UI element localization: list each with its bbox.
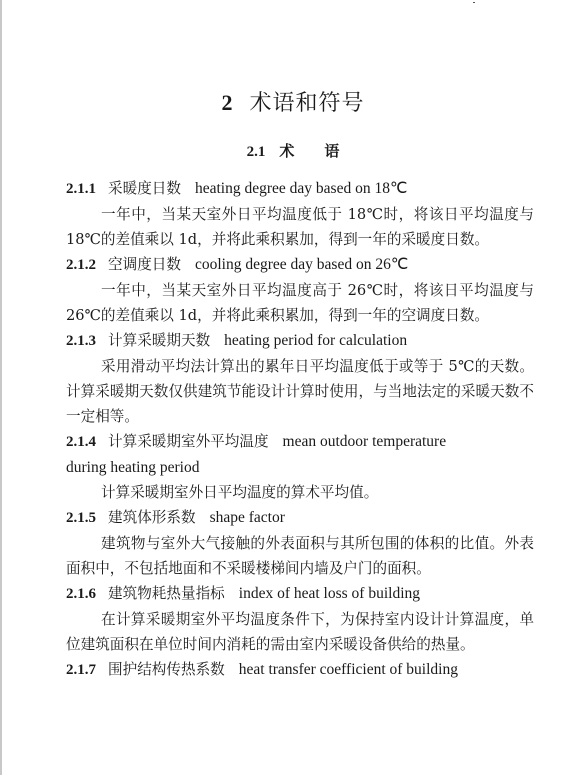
term-english: index of heat loss of building: [239, 585, 420, 602]
term-english-continued: during heating period: [66, 455, 534, 480]
chapter-title: 2术语和符号: [0, 86, 586, 117]
scan-speck: [473, 2, 475, 3]
term-entry-2-1-4: 2.1.4计算采暖期室外平均温度mean outdoor temperature…: [66, 429, 534, 505]
term-english: cooling degree day based on 26℃: [195, 256, 408, 273]
term-definition: 一年中，当某天室外日平均温度高于 26℃时，将该日平均温度与 26℃的差值乘以 …: [66, 278, 534, 328]
term-chinese: 建筑物耗热量指标: [108, 585, 225, 602]
term-number: 2.1.3: [66, 333, 96, 349]
term-number: 2.1.4: [66, 434, 96, 450]
term-number: 2.1.7: [66, 662, 96, 678]
term-chinese: 计算采暖期室外平均温度: [108, 433, 269, 450]
section-title: 2.1术语: [0, 140, 586, 161]
term-number: 2.1.5: [66, 510, 96, 526]
chapter-number: 2: [221, 90, 233, 115]
term-english: heat transfer coefficient of building: [239, 661, 458, 678]
term-heading: 2.1.6建筑物耗热量指标index of heat loss of build…: [66, 581, 534, 607]
term-english: shape factor: [210, 509, 285, 526]
term-entry-2-1-1: 2.1.1采暖度日数heating degree day based on 18…: [66, 176, 534, 252]
term-chinese: 围护结构传热系数: [108, 661, 225, 678]
term-entry-2-1-3: 2.1.3计算采暖期天数heating period for calculati…: [66, 328, 534, 429]
term-definition: 建筑物与室外大气接触的外表面积与其所包围的体积的比值。外表面积中，不包括地面和不…: [66, 531, 534, 581]
term-heading: 2.1.7围护结构传热系数heat transfer coefficient o…: [66, 657, 534, 683]
term-definition: 一年中，当某天室外日平均温度低于 18℃时，将该日平均温度与 18℃的差值乘以 …: [66, 202, 534, 252]
term-heading: 2.1.4计算采暖期室外平均温度mean outdoor temperature: [66, 429, 534, 455]
term-definition: 采用滑动平均法计算出的累年日平均温度低于或等于 5℃的天数。计算采暖期天数仅供建…: [66, 354, 534, 429]
term-chinese: 建筑体形系数: [108, 509, 196, 526]
term-number: 2.1.1: [66, 181, 96, 197]
term-number: 2.1.2: [66, 257, 96, 273]
section-number: 2.1: [247, 144, 266, 160]
chapter-title-text: 术语和符号: [249, 91, 364, 116]
term-entry-2-1-5: 2.1.5建筑体形系数shape factor 建筑物与室外大气接触的外表面积与…: [66, 505, 534, 581]
term-chinese: 采暖度日数: [108, 180, 181, 197]
terms-list: 2.1.1采暖度日数heating degree day based on 18…: [66, 176, 534, 683]
term-english: heating degree day based on 18℃: [195, 180, 407, 197]
term-heading: 2.1.5建筑体形系数shape factor: [66, 505, 534, 531]
term-entry-2-1-6: 2.1.6建筑物耗热量指标index of heat loss of build…: [66, 581, 534, 657]
term-chinese: 空调度日数: [108, 256, 181, 273]
term-heading: 2.1.3计算采暖期天数heating period for calculati…: [66, 328, 534, 354]
term-number: 2.1.6: [66, 586, 96, 602]
term-definition: 计算采暖期室外日平均温度的算术平均值。: [66, 480, 534, 505]
term-english: mean outdoor temperature: [283, 433, 447, 450]
section-title-part1: 术: [279, 142, 294, 160]
term-english: heating period for calculation: [224, 332, 407, 349]
section-title-part2: 语: [324, 142, 339, 160]
term-entry-2-1-7: 2.1.7围护结构传热系数heat transfer coefficient o…: [66, 657, 534, 683]
term-chinese: 计算采暖期天数: [108, 332, 210, 349]
term-entry-2-1-2: 2.1.2空调度日数cooling degree day based on 26…: [66, 252, 534, 328]
term-heading: 2.1.2空调度日数cooling degree day based on 26…: [66, 252, 534, 278]
term-heading: 2.1.1采暖度日数heating degree day based on 18…: [66, 176, 534, 202]
term-definition: 在计算采暖期室外平均温度条件下，为保持室内设计计算温度，单位建筑面积在单位时间内…: [66, 607, 534, 657]
